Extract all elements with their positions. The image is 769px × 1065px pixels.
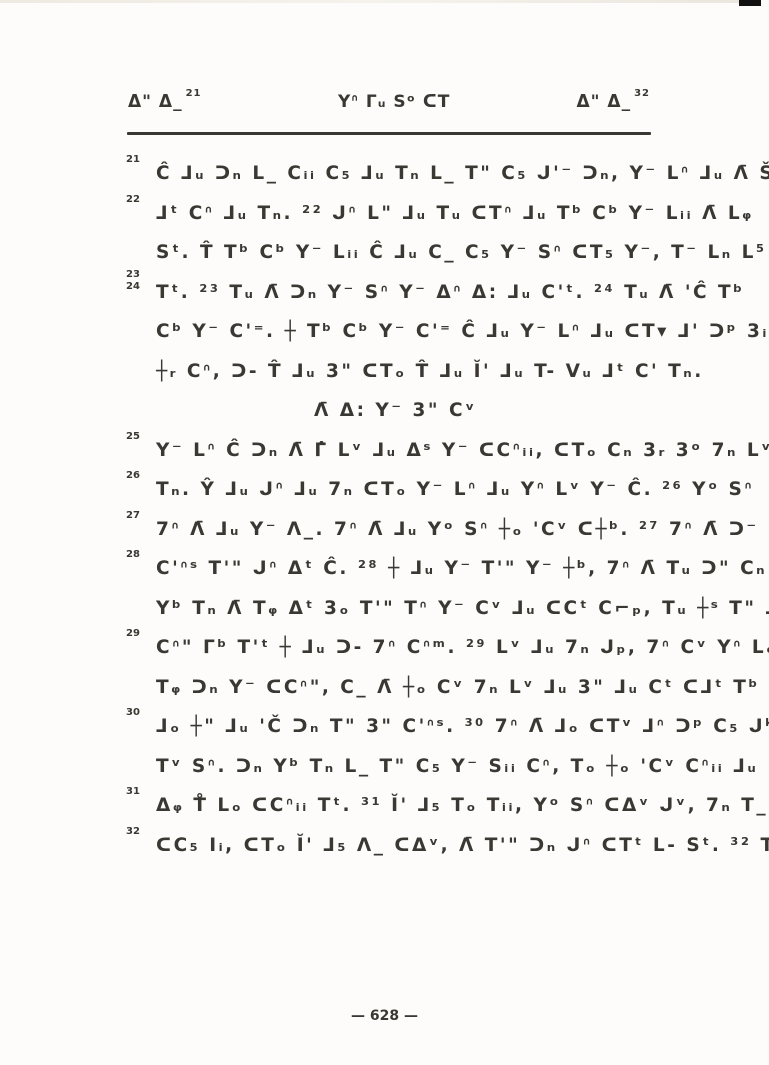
line-text: Sᵗ. T̂ Tᵇ Cᵇ Y⁻ Lᵢᵢ Ĉ ᒧᵤ C_ C₅ Y⁻ Sᐢ ᑕT₅…	[156, 237, 767, 269]
verse-number: 29	[126, 628, 140, 640]
verse-number: 22	[126, 194, 140, 206]
line-text: Ĉ ᒧᵤ ᑐₙ L_ Cᵢᵢ C₅ ᒧᵤ Tₙ L_ T" C₅ ᒍ'⁻ ᑐₙ,…	[156, 158, 769, 190]
verse-number: 25	[126, 431, 140, 443]
text-line: 2324Tᵗ. ²³ Tᵤ ᐱ̄ ᑐₙ Y⁻ Sᐢ Y⁻ ᐃᐢ ᐃ: ᒧᵤ C'…	[126, 277, 656, 317]
header-rule	[127, 132, 651, 135]
section-heading: ᐱ̄ ᐃ: Y⁻ 3" Cᵛ	[126, 395, 656, 435]
verse-number: 21	[126, 154, 140, 166]
text-line: 22ᒧᵗ Cᐢ ᒧᵤ Tₙ. ²² ᒍᐢ L" ᒧᵤ Tᵤ ᑕTᐢ ᒧᵤ Tᵇ …	[126, 198, 656, 238]
verse-number: 32	[126, 826, 140, 838]
line-text: Tₙ. Ŷ ᒧᵤ ᒍᐢ ᒧᵤ 7ₙ ᑕTₒ Y⁻ Lᐢ ᒧᵤ Yᐢ Lᵛ Y⁻ …	[156, 474, 754, 506]
verse-number: 28	[126, 549, 140, 561]
header-left: ᐃ" ᐃ_21	[128, 92, 202, 112]
text-line: 26Tₙ. Ŷ ᒧᵤ ᒍᐢ ᒧᵤ 7ₙ ᑕTₒ Y⁻ Lᐢ ᒧᵤ Yᐢ Lᵛ Y…	[126, 474, 656, 514]
line-text: Tᵛ Sᐢ. ᑐₙ Yᵇ Tₙ L_ T" C₅ Y⁻ Sᵢᵢ Cᐢ, Tₒ ┼…	[156, 751, 758, 783]
verse-number: 30	[126, 707, 140, 719]
line-text: Tᵩ ᑐₙ Y⁻ ᑕCᐢ", C_ ᐱ̄ ┼ₒ Cᵛ 7ₙ Lᵛ ᒧᵤ 3" ᒧ…	[156, 672, 769, 704]
text-line: 32ᑕC₅ Iᵢ, ᑕTₒ Ĭ' ᒧ₅ ᐱ_ ᑕᐃᵛ, ᐱ̄ T'" ᑐₙ ᒍᐢ…	[126, 830, 656, 870]
line-text: ᒧᵗ Cᐢ ᒧᵤ Tₙ. ²² ᒍᐢ L" ᒧᵤ Tᵤ ᑕTᐢ ᒧᵤ Tᵇ Cᵇ…	[156, 198, 754, 230]
text-line: 29Cᐢ" Γᵇ T'ᵗ ┼ ᒧᵤ ᑐ- 7ᐢ Cᐢᵐ. ²⁹ Lᵛ ᒧᵤ 7ₙ…	[126, 632, 656, 672]
header-right: ᐃ" ᐃ_32	[576, 92, 650, 112]
text-line: ┼ᵣ Cᐢ, ᑐ- T̂ ᒧᵤ 3" ᑕTₒ T̂ ᒧᵤ Ĭ' ᒧᵤ T- Vᵤ…	[126, 356, 656, 396]
text-line: 30ᒧₒ ┼" ᒧᵤ 'Č ᑐₙ T" 3" C'ᐢˢ. ³⁰ 7ᐢ ᐱ̄ ᒧₒ…	[126, 711, 656, 751]
line-text: Tᵗ. ²³ Tᵤ ᐱ̄ ᑐₙ Y⁻ Sᐢ Y⁻ ᐃᐢ ᐃ: ᒧᵤ C'ᵗ. ²…	[156, 277, 744, 309]
running-header: ᐃ" ᐃ_21 Yᐢ Γᵤ Sᵒ ᑕT ᐃ" ᐃ_32	[128, 92, 650, 122]
header-right-ref: 32	[634, 88, 650, 99]
page-number: — 628 —	[0, 1008, 769, 1024]
line-text: Cᐢ" Γᵇ T'ᵗ ┼ ᒧᵤ ᑐ- 7ᐢ Cᐢᵐ. ²⁹ Lᵛ ᒧᵤ 7ₙ ᒍ…	[156, 632, 769, 664]
scan-artifact-mark	[739, 0, 761, 6]
verse-number: 2324	[126, 269, 140, 293]
line-text: Yᵇ Tₙ ᐱ̄ Tᵩ ᐃᵗ 3ₒ T'" Tᐢ Y⁻ Cᵛ ᒧᵤ ᑕCᵗ C⌐…	[156, 593, 769, 625]
text-line: 28C'ᐢˢ T'" ᒍᐢ ᐃᵗ Ĉ. ²⁸ ┼ ᒧᵤ Y⁻ T'" Y⁻ ┼ᵇ…	[126, 553, 656, 593]
text-line: Yᵇ Tₙ ᐱ̄ Tᵩ ᐃᵗ 3ₒ T'" Tᐢ Y⁻ Cᵛ ᒧᵤ ᑕCᵗ C⌐…	[126, 593, 656, 633]
header-title: Yᐢ Γᵤ Sᵒ ᑕT	[338, 92, 450, 112]
verse-number: 26	[126, 470, 140, 482]
text-line: Tᵩ ᑐₙ Y⁻ ᑕCᐢ", C_ ᐱ̄ ┼ₒ Cᵛ 7ₙ Lᵛ ᒧᵤ 3" ᒧ…	[126, 672, 656, 712]
line-text: 7ᐢ ᐱ̄ ᒧᵤ Y⁻ ᐱ_. 7ᐢ ᐱ̄ ᒧᵤ Yᵒ Sᐢ ┼ₒ 'Cᵛ ᑕ┼…	[156, 514, 759, 546]
line-text: C'ᐢˢ T'" ᒍᐢ ᐃᵗ Ĉ. ²⁸ ┼ ᒧᵤ Y⁻ T'" Y⁻ ┼ᵇ, …	[156, 553, 769, 585]
header-left-ref: 21	[186, 88, 202, 99]
page-body: 21Ĉ ᒧᵤ ᑐₙ L_ Cᵢᵢ C₅ ᒧᵤ Tₙ L_ T" C₅ ᒍ'⁻ ᑐ…	[126, 158, 656, 869]
text-line: Tᵛ Sᐢ. ᑐₙ Yᵇ Tₙ L_ T" C₅ Y⁻ Sᵢᵢ Cᐢ, Tₒ ┼…	[126, 751, 656, 791]
verse-number: 31	[126, 786, 140, 798]
line-text: ᐃᵩ T̊ Lₒ ᑕCᐢᵢᵢ Tᵗ. ³¹ Ĭ' ᒧ₅ Tₒ Tᵢᵢ, Yᵒ S…	[156, 790, 768, 822]
text-line: 21Ĉ ᒧᵤ ᑐₙ L_ Cᵢᵢ C₅ ᒧᵤ Tₙ L_ T" C₅ ᒍ'⁻ ᑐ…	[126, 158, 656, 198]
header-right-label: ᐃ" ᐃ_	[576, 92, 631, 112]
text-line: Sᵗ. T̂ Tᵇ Cᵇ Y⁻ Lᵢᵢ Ĉ ᒧᵤ C_ C₅ Y⁻ Sᐢ ᑕT₅…	[126, 237, 656, 277]
text-line: 277ᐢ ᐱ̄ ᒧᵤ Y⁻ ᐱ_. 7ᐢ ᐱ̄ ᒧᵤ Yᵒ Sᐢ ┼ₒ 'Cᵛ …	[126, 514, 656, 554]
line-text: ┼ᵣ Cᐢ, ᑐ- T̂ ᒧᵤ 3" ᑕTₒ T̂ ᒧᵤ Ĭ' ᒧᵤ T- Vᵤ…	[156, 356, 704, 388]
verse-number: 27	[126, 510, 140, 522]
line-text: ᒧₒ ┼" ᒧᵤ 'Č ᑐₙ T" 3" C'ᐢˢ. ³⁰ 7ᐢ ᐱ̄ ᒧₒ ᑕ…	[156, 711, 769, 743]
scan-top-edge	[0, 0, 740, 3]
line-text: ᐱ̄ ᐃ: Y⁻ 3" Cᵛ	[314, 395, 477, 427]
line-text: Cᵇ Y⁻ C'⁼. ┼ Tᵇ Cᵇ Y⁻ C'⁼ Ĉ ᒧᵤ Y⁻ Lᐢ ᒧᵤ …	[156, 316, 769, 348]
header-left-label: ᐃ" ᐃ_	[128, 92, 183, 112]
line-text: Y⁻ Lᐢ Ĉ ᑐₙ ᐱ̄ Γ̂ Lᵛ ᒧᵤ ᐃˢ Y⁻ ᑕCᐢᵢᵢ, ᑕTₒ …	[156, 435, 769, 467]
text-line: 25Y⁻ Lᐢ Ĉ ᑐₙ ᐱ̄ Γ̂ Lᵛ ᒧᵤ ᐃˢ Y⁻ ᑕCᐢᵢᵢ, ᑕT…	[126, 435, 656, 475]
text-line: Cᵇ Y⁻ C'⁼. ┼ Tᵇ Cᵇ Y⁻ C'⁼ Ĉ ᒧᵤ Y⁻ Lᐢ ᒧᵤ …	[126, 316, 656, 356]
text-line: 31ᐃᵩ T̊ Lₒ ᑕCᐢᵢᵢ Tᵗ. ³¹ Ĭ' ᒧ₅ Tₒ Tᵢᵢ, Yᵒ…	[126, 790, 656, 830]
line-text: ᑕC₅ Iᵢ, ᑕTₒ Ĭ' ᒧ₅ ᐱ_ ᑕᐃᵛ, ᐱ̄ T'" ᑐₙ ᒍᐢ ᑕ…	[156, 830, 769, 862]
